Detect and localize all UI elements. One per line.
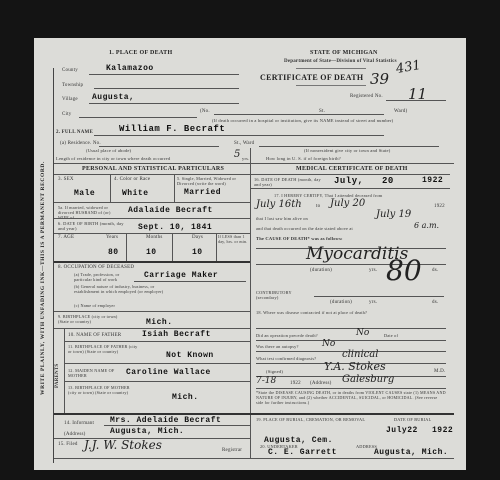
death-certificate: WRITE PLAINLY, WITH UNFADING INK—THIS IS… (34, 38, 466, 470)
full-name-label: 2. FULL NAME (56, 130, 93, 135)
file-number-2: 431 (395, 58, 422, 77)
ward-label: Ward) (394, 109, 407, 114)
mother-label: 12. MAIDEN NAME OF MOTHER (68, 368, 118, 378)
father-value: Isiah Becraft (142, 330, 211, 339)
confirmed-label: What test confirmed diagnosis? (256, 356, 316, 361)
personal-heading: PERSONAL AND STATISTICAL PARTICULARS (82, 166, 224, 172)
marital-value: Married (184, 188, 221, 197)
dob-label: 6. DATE OF BIRTH (month, day and year) (58, 221, 128, 231)
age-mark: 80 (386, 254, 422, 287)
registrar-signature: J.J. W. Stokes (84, 438, 162, 452)
parents-label: PARENTS (55, 364, 60, 388)
years-label: Years (106, 235, 118, 240)
county-label: County (62, 68, 78, 73)
foreign-note: (If nonresident give city or town and St… (304, 148, 390, 153)
state-note: *State the DISEASE CAUSING DEATH, or in … (256, 390, 446, 405)
autopsy-value: No (322, 339, 335, 349)
employer-label: (c) Name of employer (74, 303, 115, 308)
duration-yrs: yrs. (369, 268, 377, 273)
registrar-label: Registrar (222, 448, 242, 453)
marital-label: 5. Single, Married, Widowed or Divorced … (177, 176, 249, 186)
medical-heading: MEDICAL CERTIFICATE OF DEATH (296, 166, 408, 172)
last-saw-label: that I last saw him alive on (256, 216, 308, 221)
signature-date: 7-18 (256, 376, 276, 386)
length-unit: yrs. (242, 156, 249, 161)
operation-label: Did an operation precede death? (256, 333, 318, 338)
dob-value: Sept. 10, 1841 (138, 223, 212, 232)
village-label: Village (62, 97, 78, 102)
date-of-death-month: July, (334, 176, 364, 186)
hospital-note: (If death occurred in a hospital or inst… (212, 118, 393, 123)
trade-label: (a) Trade, profession, or particular kin… (74, 272, 132, 282)
st-ward-label: St., Ward (234, 141, 254, 146)
mother-birthplace-value: Mich. (172, 393, 199, 402)
birthplace-value: Mich. (146, 318, 173, 327)
contributory-ds: ds. (432, 300, 438, 305)
sex-value: Male (74, 189, 95, 198)
age-days: 10 (192, 248, 203, 257)
informant-address-value: Augusta, Mich. (110, 427, 184, 436)
informant-value: Mrs. Adelaide Becraft (110, 416, 221, 425)
contributory-duration-label: (duration) (330, 300, 352, 305)
burial-date: July22 (386, 426, 418, 435)
sex-label: 3. SEX (58, 177, 74, 182)
md-label: M.D. (434, 369, 445, 374)
confirmed-value: clinical (342, 349, 378, 360)
duration-label: (duration) (310, 268, 332, 273)
time-of-death: 6 a.m. (414, 221, 439, 230)
father-label: 10. NAME OF FATHER (68, 333, 121, 338)
physician-signature: Y.A. Stokes (324, 360, 386, 373)
date-of-death-label: 16. DATE OF DEATH (month, day and year) (254, 177, 324, 187)
where-contracted-label: 18. Where was disease contracted if not … (256, 310, 376, 315)
industry-label: (b) General nature of industry, business… (74, 284, 174, 294)
operation-value: No (356, 328, 369, 338)
burial-label: 19. PLACE OF BURIAL, CREMATION, OR REMOV… (256, 417, 366, 422)
days-label: Days (192, 235, 203, 240)
undertaker-address: Augusta, Mich. (374, 448, 448, 457)
county-value: Kalamazoo (106, 64, 154, 73)
attended-year: 1922 (434, 204, 445, 209)
full-name-value: William F. Becraft (119, 124, 225, 134)
residence-sub: (Usual place of abode) (86, 148, 131, 153)
department: Department of State—Division of Vital St… (284, 59, 397, 64)
city-label: City (62, 112, 71, 117)
duration-ds: ds. (432, 268, 438, 273)
place-of-death-heading: 1. PLACE OF DEATH (109, 50, 172, 56)
state-title: STATE OF MICHIGAN (310, 50, 378, 56)
how-long-label: How long in U. S. if of foreign birth? (266, 156, 341, 161)
birthplace-label: 9. BIRTHPLACE (city or town) (State or c… (58, 314, 118, 324)
signature-address: Galesburg (342, 374, 394, 385)
mother-value: Caroline Wallace (126, 368, 211, 377)
length-value: 5 (234, 149, 240, 160)
trade-value: Carriage Maker (144, 271, 218, 280)
date-of-death-day: 20 (382, 176, 394, 186)
death-occurred-label: and that death occurred on the date stat… (256, 226, 353, 231)
attended-to: July 20 (330, 198, 365, 209)
less-than-label: If LESS than 1 day, hrs. or min. (218, 234, 248, 244)
autopsy-label: Was there an autopsy? (256, 344, 299, 349)
township-label: Township (62, 83, 83, 88)
burial-date-label: DATE OF BURIAL (394, 417, 431, 422)
signature-year: 1922 (290, 381, 301, 386)
length-label: Length of residence in city or town wher… (56, 156, 170, 161)
spouse-value: Adalaide Becraft (128, 206, 213, 215)
st-label: St. (319, 109, 325, 114)
age-months: 10 (146, 248, 157, 257)
certificate-title: CERTIFICATE OF DEATH (260, 73, 363, 82)
side-note: WRITE PLAINLY, WITH UNFADING INK—THIS IS… (40, 98, 50, 458)
months-label: Months (146, 235, 162, 240)
informant-address-label: (Address) (64, 432, 86, 437)
cause-label: The CAUSE OF DEATH* was as follows: (256, 236, 343, 241)
burial-year: 1922 (432, 426, 453, 435)
date-of-label: Date of (384, 333, 398, 338)
file-number-1: 39 (370, 70, 389, 88)
no-label: (No. (200, 109, 210, 114)
date-of-death-year: 1922 (422, 176, 443, 185)
age-label: 7. AGE (58, 235, 74, 240)
color-value: White (122, 189, 149, 198)
signed-label: (Signed) (266, 369, 283, 374)
occupation-label: 8. OCCUPATION OF DECEASED (58, 265, 134, 270)
village-value: Augusta, (92, 93, 134, 102)
age-years: 80 (108, 248, 119, 257)
attended-from: July 16th (256, 199, 302, 210)
signature-address-label: (Address) (310, 381, 332, 386)
mother-birthplace-label: 13. BIRTHPLACE OF MOTHER (city or town) … (68, 385, 138, 395)
contributory-label: CONTRIBUTORY (secondary) (256, 290, 306, 300)
father-birthplace-label: 11. BIRTHPLACE OF FATHER (city or town) … (68, 344, 138, 354)
certify-label: 17. I HEREBY CERTIFY, That I attended de… (274, 193, 382, 198)
residence-label: (a) Residence. No. (60, 141, 101, 146)
contributory-yrs: yrs. (369, 300, 377, 305)
to-label: to (316, 204, 320, 209)
filed-label: 15. Filed (58, 442, 78, 447)
father-birthplace-value: Not Known (166, 351, 214, 360)
registered-no-label: Registered No. (350, 94, 383, 99)
informant-label: 14. Informant (64, 421, 94, 426)
undertaker-value: C. E. Garrett (268, 448, 337, 457)
last-seen-date: July 19 (376, 209, 411, 220)
color-label: 4. Color or Race (114, 177, 150, 182)
